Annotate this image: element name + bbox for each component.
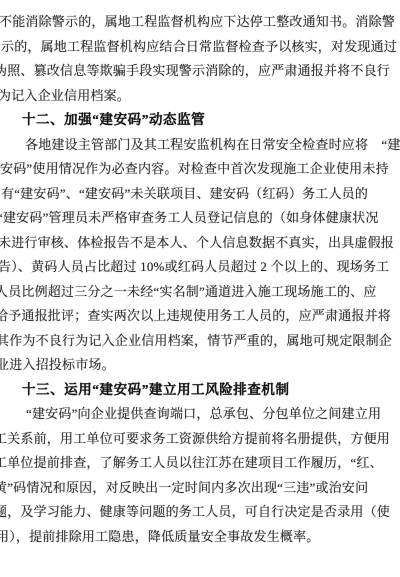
document-page: 不能消除警示的，属地工程监督机构应下达停工整改通知书。消除警 示的，属地工程监督…	[0, 0, 400, 577]
section-heading-13: 十三、运用“建安码”建立用工风险排查机制	[22, 378, 400, 403]
text-line: 工关系前，用工单位可要求务工资源供给方提前将名册提供，方便用	[0, 427, 400, 452]
text-line: 黄”码情况和原因，对反映出一定时间内多次出现“三违”或治安问	[0, 476, 400, 501]
text-line: 人员比例超过三分之一未经“实名制”通道进入施工现场施工的、应	[0, 280, 400, 305]
text-line: 不能消除警示的，属地工程监督机构应下达停工整改通知书。消除警	[0, 10, 400, 35]
text-line: 题，及学习能力、健康等问题的务工人员，可自行决定是否录用（使	[0, 500, 400, 525]
text-line: 各地建设主管部门及其工程安监机构在日常安全检查时应将 “建	[25, 133, 400, 158]
text-line: 安码”使用情况作为必查内容。对检查中首次发现施工企业使用未持	[0, 157, 400, 182]
text-line: 给予通报批评；查实两次以上违规使用务工人员的，应严肃通报并将	[0, 304, 400, 329]
text-line: “建安码”向企业提供查询端口，总承包、分包单位之间建立用	[26, 402, 400, 427]
text-line: 有“建安码”、“建安码”未关联项目、建安码（红码）务工人员的	[1, 182, 400, 207]
text-line: “建安码”管理员未严格审查务工人员登记信息的（如身体健康状况	[0, 206, 400, 231]
text-line: 其作为不良行为记入企业信用档案，情节严重的，属地可规定限制企	[0, 329, 400, 354]
text-line: 告）、黄码人员占比超过 10%或红码人员超过 2 个以上的、现场务工	[0, 255, 400, 280]
text-line: 工单位提前排查，了解务工人员以往江苏在建项目工作履历，“红、	[0, 451, 400, 476]
text-line: 示的，属地工程监督机构应结合日常监督检查予以核实，对发现通过	[1, 35, 400, 60]
text-line: 用），提前排除用工隐患，降低质量安全事故发生概率。	[0, 525, 400, 550]
text-line: 业进入招投标市场。	[0, 353, 400, 378]
text-line: 未进行审核、体检报告不是本人、个人信息数据不真实，出具虚假报	[0, 231, 400, 256]
document-text-block: 不能消除警示的，属地工程监督机构应下达停工整改通知书。消除警 示的，属地工程监督…	[0, 10, 400, 549]
text-line: 为记入企业信用档案。	[0, 84, 400, 109]
section-heading-12: 十二、加强“建安码”动态监管	[22, 108, 400, 133]
text-line: 伪照、篡改信息等欺骗手段实现警示消除的，应严肃通报并将不良行	[0, 59, 400, 84]
